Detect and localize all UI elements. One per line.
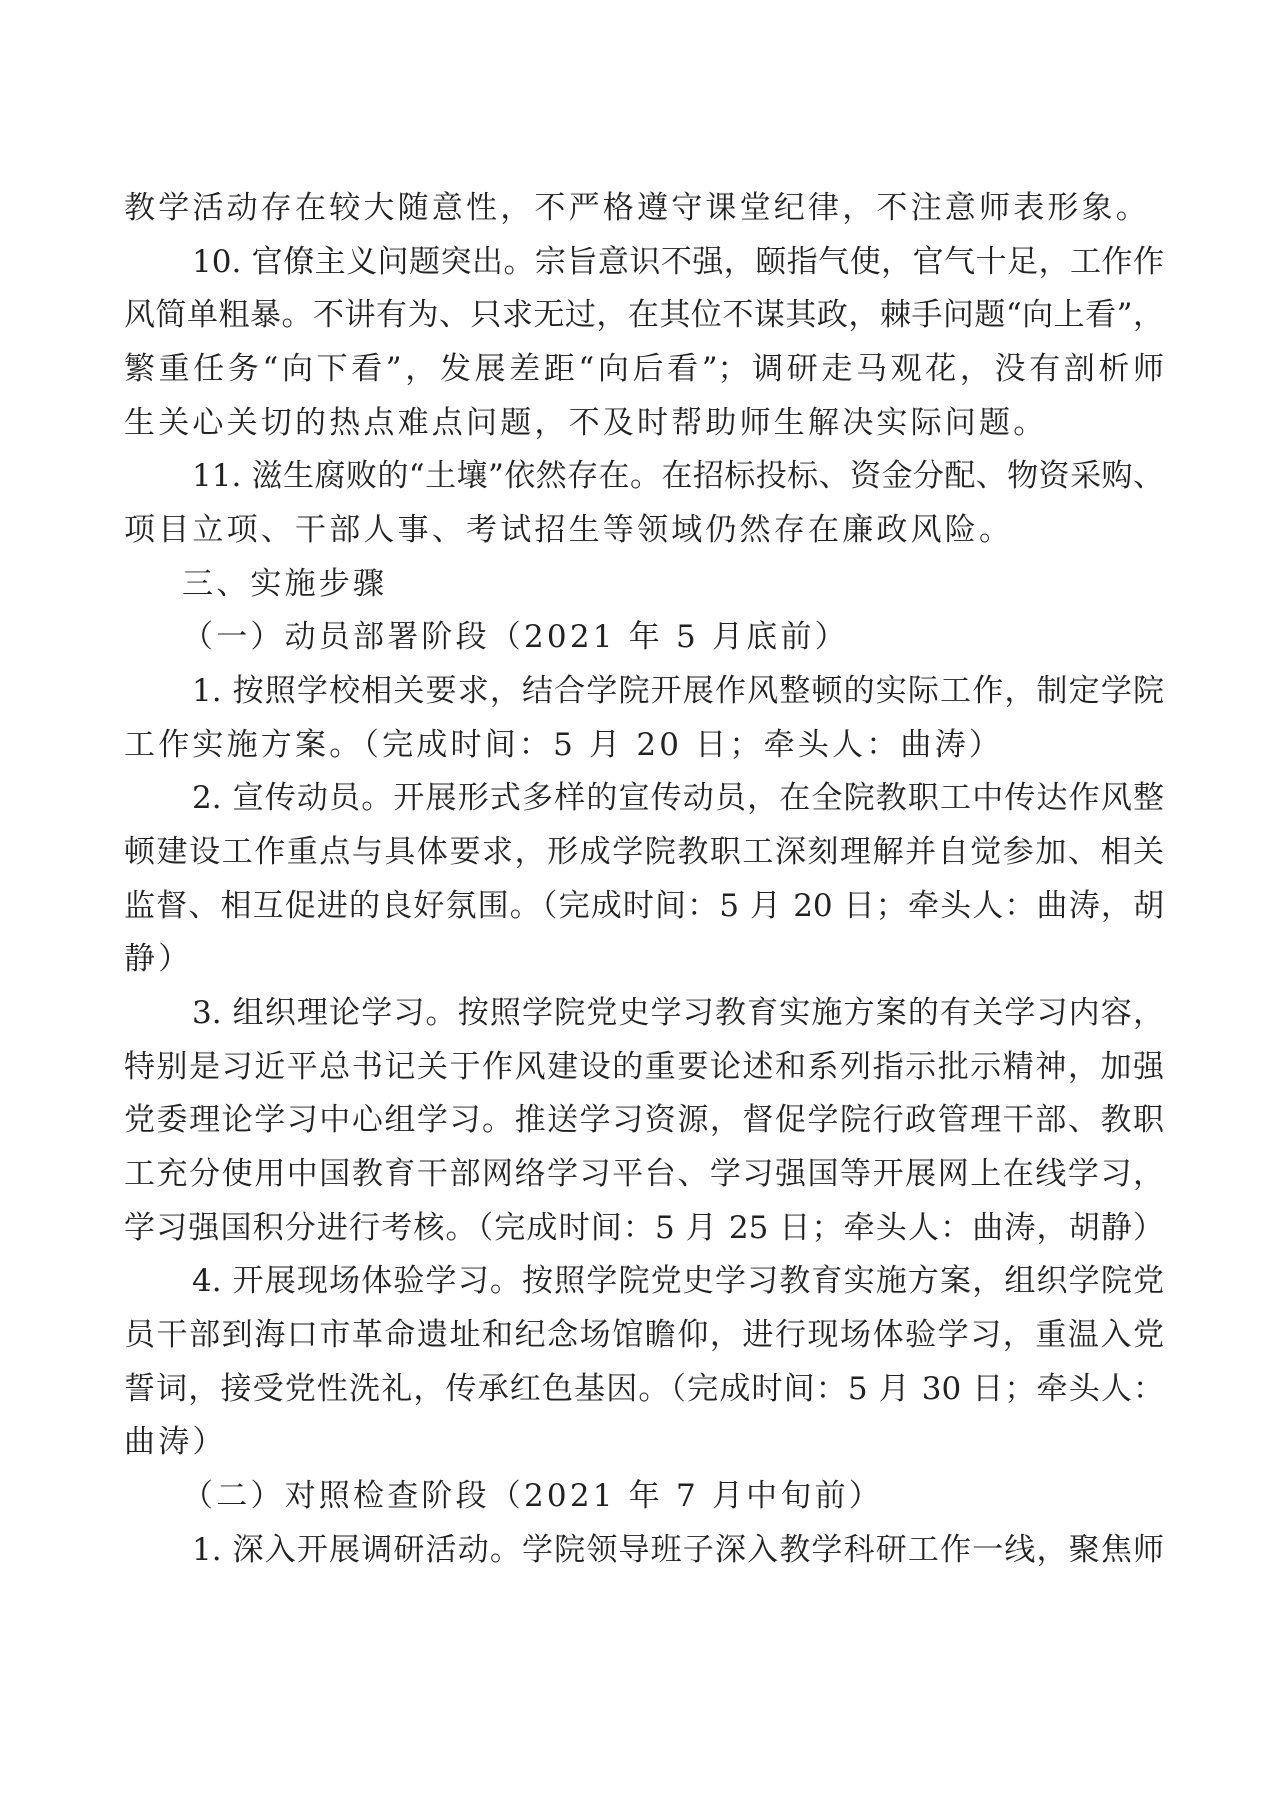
section-heading-implementation-steps: 三、实施步骤 xyxy=(124,564,387,604)
text-line: 员干部到海口市革命遗址和纪念场馆瞻仰，进行现场体验学习，重温入党 xyxy=(124,1315,1164,1355)
text-line: 生关心关切的热点难点问题，不及时帮助师生解决实际问题。 xyxy=(124,403,1047,443)
text-line: 顿建设工作重点与具体要求，形成学院教职工深刻理解并自觉参加、相关 xyxy=(124,832,1164,872)
subsection-heading-inspection: （二）对照检查阶段（2021 年 7 月中旬前） xyxy=(124,1476,883,1516)
inspection-step-1-research: 1. 深入开展调研活动。学院领导班子深入教学科研工作一线，聚焦师 xyxy=(124,1530,1164,1570)
step-3-theory-study: 3. 组织理论学习。按照学院党史学习教育实施方案的有关学习内容， xyxy=(124,993,1164,1033)
step-2-publicity: 2. 宣传动员。开展形式多样的宣传动员，在全院教职工中传达作风整 xyxy=(124,778,1164,818)
text-line: 静） xyxy=(124,939,192,979)
item-10-officialism: 10. 官僚主义问题突出。宗旨意识不强，颐指气使，官气十足，工作作 xyxy=(124,242,1164,282)
subsection-heading-mobilization: （一）动员部署阶段（2021 年 5 月底前） xyxy=(124,617,849,657)
text-line: 学习强国积分进行考核。（完成时间：5 月 25 日；牵头人：曲涛，胡静） xyxy=(124,1208,1164,1248)
step-4-onsite-study: 4. 开展现场体验学习。按照学院党史学习教育实施方案，组织学院党 xyxy=(124,1261,1164,1301)
text-line: 工充分使用中国教育干部网络学习平台、学习强国等开展网上在线学习， xyxy=(124,1154,1164,1194)
text-line-continuation: 教学活动存在较大随意性，不严格遵守课堂纪律，不注意师表形象。 xyxy=(124,188,1150,228)
text-line: 风简单粗暴。不讲有为、只求无过，在其位不谋其政，棘手问题“向上看”， xyxy=(124,295,1164,335)
step-1-plan: 1. 按照学校相关要求，结合学院开展作风整顿的实际工作，制定学院 xyxy=(124,671,1164,711)
text-line: 项目立项、干部人事、考试招生等领域仍然存在廉政风险。 xyxy=(124,510,1013,550)
text-line: 工作实施方案。（完成时间：5 月 20 日；牵头人：曲涛） xyxy=(124,725,1003,765)
text-line: 监督、相互促进的良好氛围。（完成时间：5 月 20 日；牵头人：曲涛，胡 xyxy=(124,886,1164,926)
text-line: 党委理论学习中心组学习。推送学习资源，督促学院行政管理干部、教职 xyxy=(124,1100,1164,1140)
text-line: 繁重任务“向下看”，发展差距“向后看”；调研走马观花，没有剖析师 xyxy=(124,349,1164,389)
text-line: 特别是习近平总书记关于作风建设的重要论述和系列指示批示精神，加强 xyxy=(124,1047,1164,1087)
item-11-corruption-soil: 11. 滋生腐败的“土壤”依然存在。在招标投标、资金分配、物资采购、 xyxy=(124,456,1164,496)
text-line: 曲涛） xyxy=(124,1422,227,1462)
text-line: 誓词，接受党性洗礼，传承红色基因。（完成时间：5 月 30 日；牵头人： xyxy=(124,1369,1164,1409)
